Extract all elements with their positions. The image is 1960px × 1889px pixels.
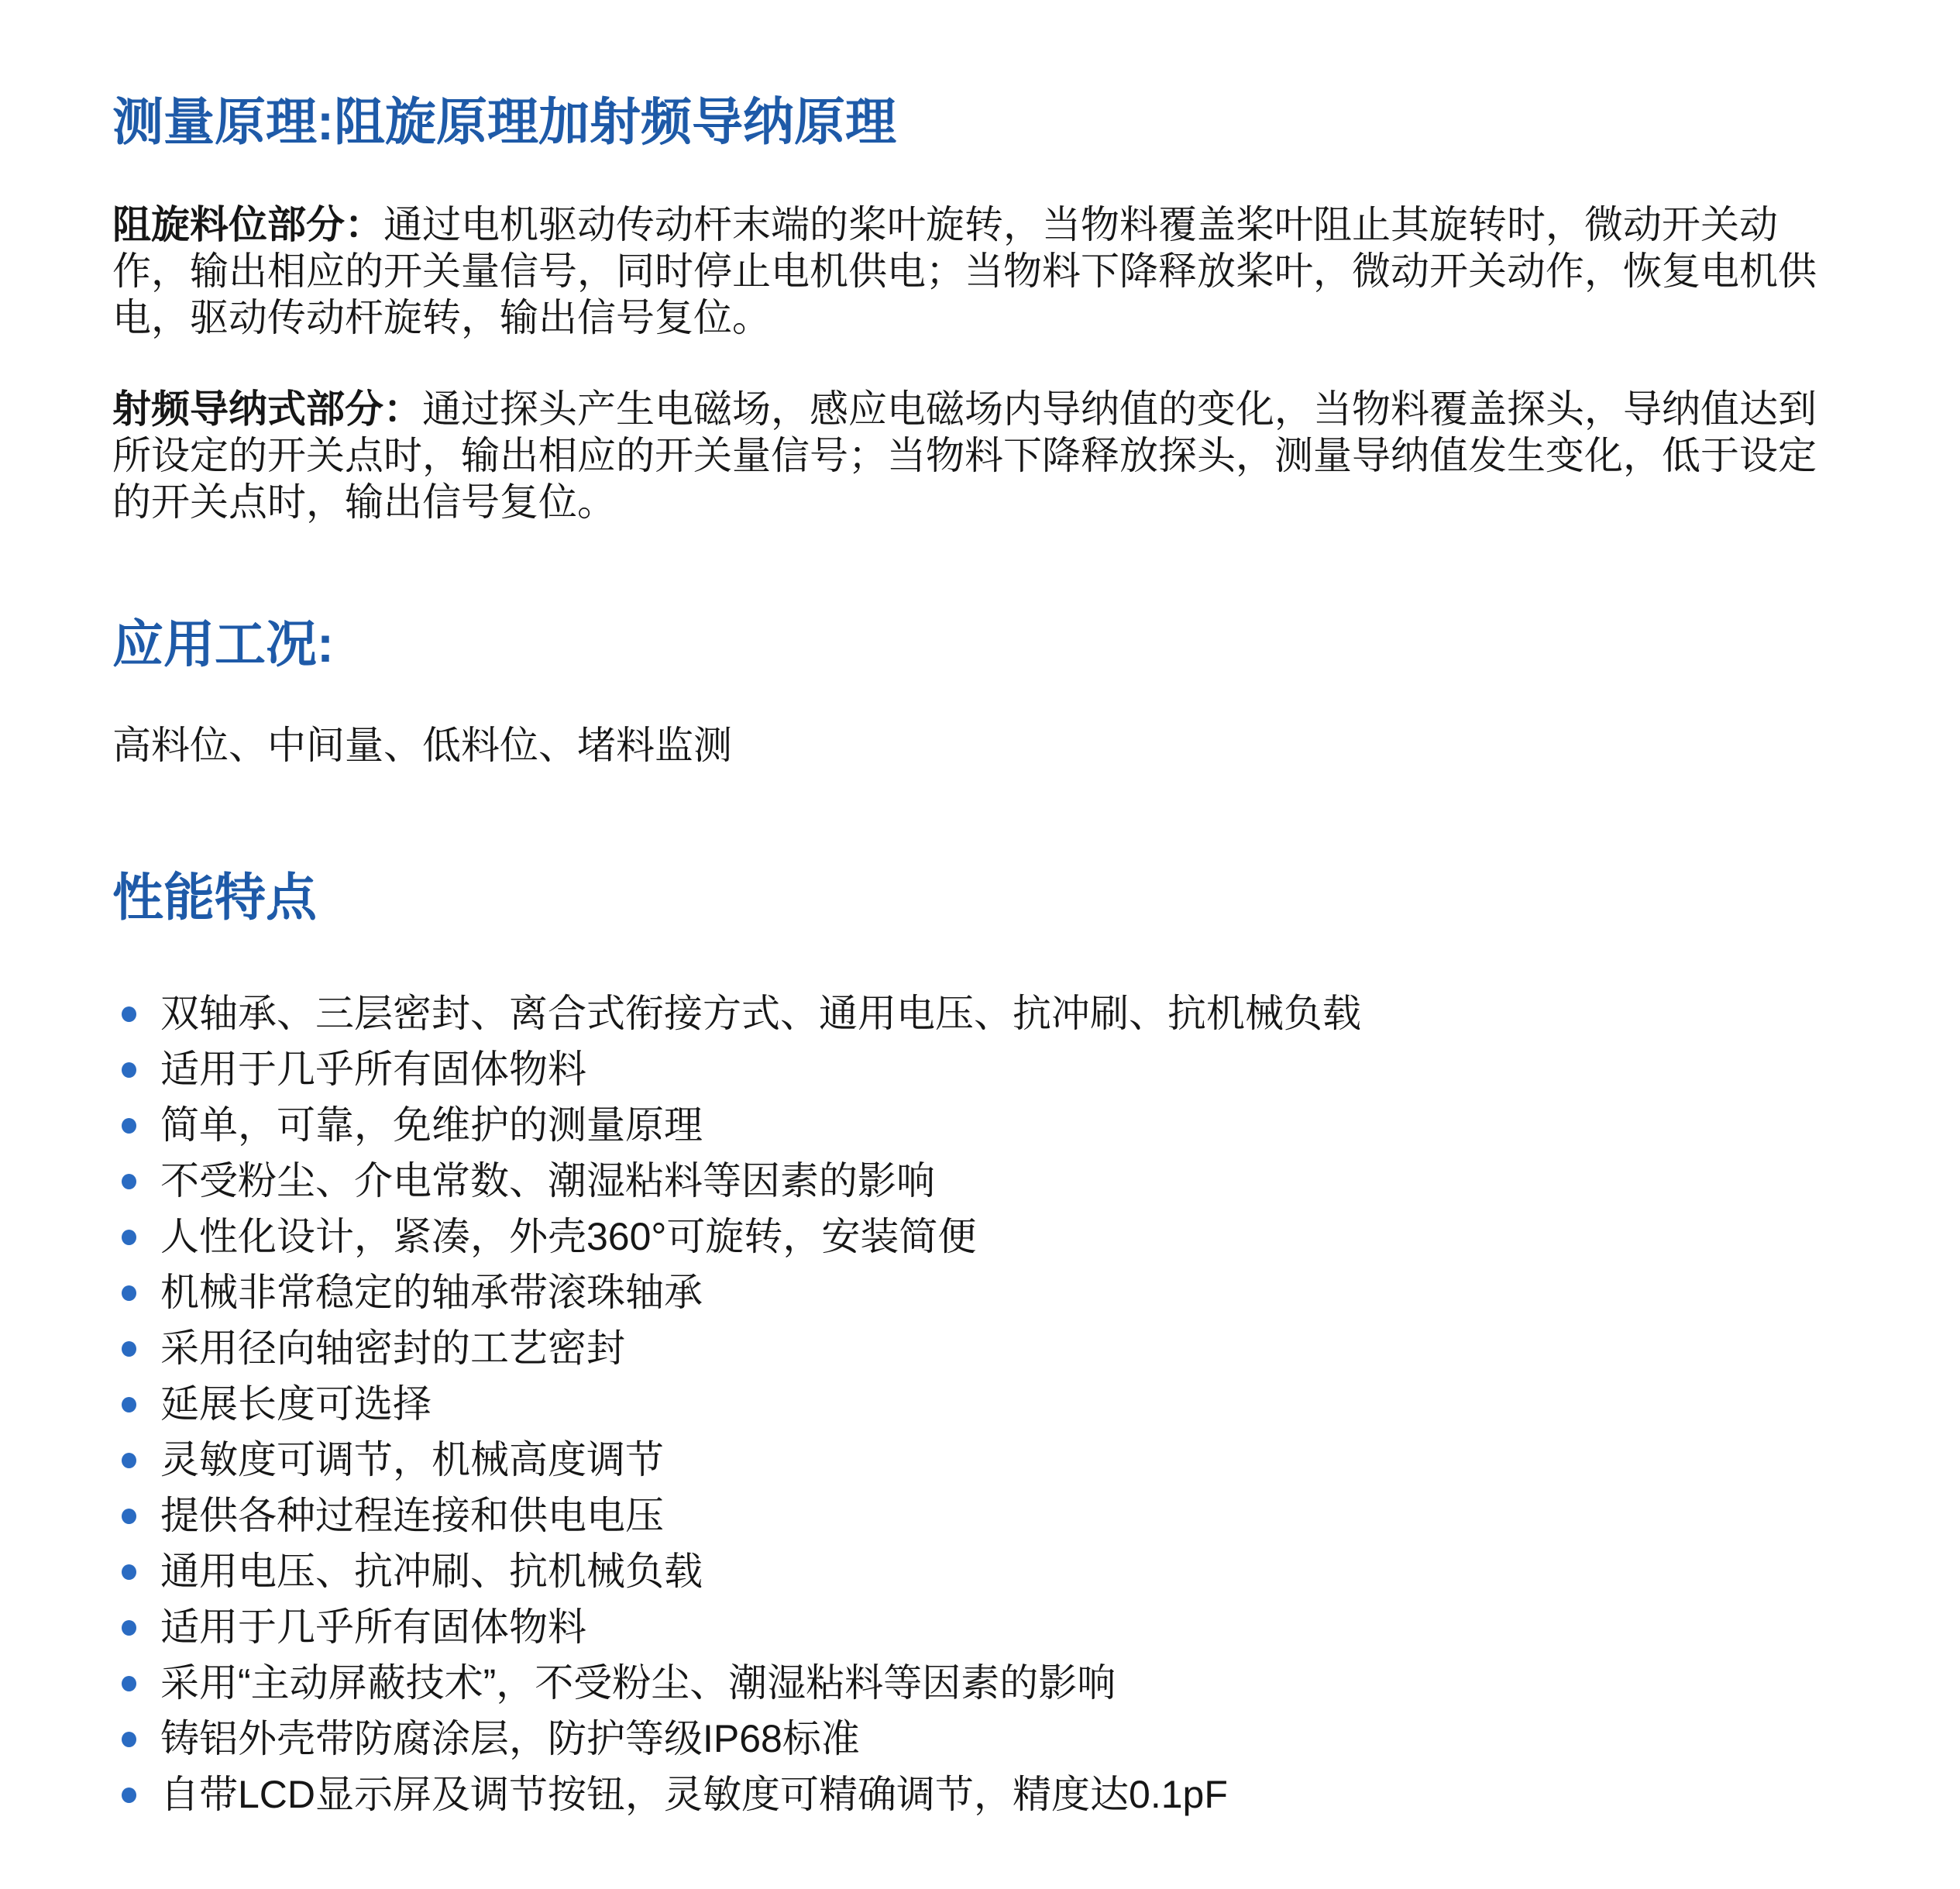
paragraph-text: 通过探头产生电磁场，感应电磁场内导纳值的变化，当物料覆盖探头，导纳值达到: [422, 387, 1817, 431]
paragraph-line: 电，驱动传动杆旋转，输出信号复位。: [112, 294, 1817, 341]
paragraph-label: 射频导纳式部分：: [112, 387, 422, 431]
feature-text: 适用于几乎所有固体物料: [160, 1605, 586, 1649]
bullet-icon: [122, 1564, 136, 1580]
feature-text: 采用“主动屏蔽技术”，不受粉尘、潮湿粘料等因素的影响: [160, 1661, 1116, 1705]
feature-text: 适用于几乎所有固体物料: [160, 1048, 586, 1091]
feature-text: 不受粉尘、介电常数、潮湿粘料等因素的影响: [160, 1159, 935, 1203]
feature-text: 双轴承、三层密封、离合式衔接方式、通用电压、抗冲刷、抗机械负载: [160, 992, 1361, 1035]
feature-item: 灵敏度可调节，机械高度调节: [112, 1432, 1361, 1488]
feature-text: 延展长度可选择: [160, 1382, 432, 1426]
paragraph-text: 通过电机驱动传动杆末端的桨叶旋转，当物料覆盖桨叶阻止其旋转时，微动开关动: [383, 203, 1778, 246]
bullet-icon: [122, 1118, 136, 1134]
bullet-icon: [122, 1341, 136, 1357]
section-heading-applications: 应用工况:: [112, 616, 334, 672]
feature-item: 采用“主动屏蔽技术”，不受粉尘、潮湿粘料等因素的影响: [112, 1655, 1361, 1711]
feature-text: 简单，可靠，免维护的测量原理: [160, 1103, 703, 1147]
feature-item: 适用于几乎所有固体物料: [112, 1041, 1361, 1097]
application-conditions-text: 高料位、中间量、低料位、堵料监测: [112, 722, 732, 769]
feature-item: 自带LCD显示屏及调节按钮，灵敏度可精确调节，精度达0.1pF: [112, 1767, 1361, 1822]
bullet-icon: [122, 1397, 136, 1412]
feature-item: 简单，可靠，免维护的测量原理: [112, 1097, 1361, 1153]
feature-item: 铸铝外壳带防腐涂层，防护等级IP68标准: [112, 1711, 1361, 1767]
section-heading-features: 性能特点: [112, 869, 317, 925]
bullet-icon: [122, 1006, 136, 1022]
feature-item: 机械非常稳定的轴承带滚珠轴承: [112, 1264, 1361, 1320]
feature-item: 通用电压、抗冲刷、抗机械负载: [112, 1543, 1361, 1599]
feature-text: 机械非常稳定的轴承带滚珠轴承: [160, 1271, 703, 1314]
feature-text: 提供各种过程连接和供电电压: [160, 1494, 664, 1537]
bullet-icon: [122, 1230, 136, 1245]
bullet-icon: [122, 1620, 136, 1636]
bullet-icon: [122, 1453, 136, 1468]
features-list: 双轴承、三层密封、离合式衔接方式、通用电压、抗冲刷、抗机械负载 适用于几乎所有固…: [112, 986, 1361, 1822]
bullet-icon: [122, 1174, 136, 1189]
paragraph-line: 作，输出相应的开关量信号，同时停止电机供电；当物料下降释放桨叶，微动开关动作，恢…: [112, 248, 1817, 294]
paragraph-label: 阻旋料位部分：: [112, 203, 383, 246]
feature-item: 人性化设计，紧凑，外壳360°可旋转，安装简便: [112, 1209, 1361, 1264]
feature-text: 采用径向轴密封的工艺密封: [160, 1326, 625, 1370]
feature-item: 采用径向轴密封的工艺密封: [112, 1320, 1361, 1376]
feature-item: 适用于几乎所有固体物料: [112, 1599, 1361, 1655]
feature-text: 通用电压、抗冲刷、抗机械负载: [160, 1550, 703, 1593]
paragraph-rotary-paddle: 阻旋料位部分：通过电机驱动传动杆末端的桨叶旋转，当物料覆盖桨叶阻止其旋转时，微动…: [112, 201, 1817, 341]
bullet-icon: [122, 1509, 136, 1524]
feature-item: 双轴承、三层密封、离合式衔接方式、通用电压、抗冲刷、抗机械负载: [112, 986, 1361, 1041]
feature-text: 灵敏度可调节，机械高度调节: [160, 1438, 664, 1481]
bullet-icon: [122, 1285, 136, 1301]
feature-item: 延展长度可选择: [112, 1376, 1361, 1432]
bullet-icon: [122, 1062, 136, 1078]
paragraph-line: 射频导纳式部分：通过探头产生电磁场，感应电磁场内导纳值的变化，当物料覆盖探头，导…: [112, 386, 1817, 432]
bullet-icon: [122, 1732, 136, 1747]
page-title: 测量原理:阻旋原理加射频导纳原理: [112, 94, 896, 150]
paragraph-line: 所设定的开关点时，输出相应的开关量信号；当物料下降释放探头，测量导纳值发生变化，…: [112, 432, 1817, 479]
feature-text: 人性化设计，紧凑，外壳360°可旋转，安装简便: [160, 1215, 976, 1258]
paragraph-line: 阻旋料位部分：通过电机驱动传动杆末端的桨叶旋转，当物料覆盖桨叶阻止其旋转时，微动…: [112, 201, 1817, 248]
feature-text: 自带LCD显示屏及调节按钮，灵敏度可精确调节，精度达0.1pF: [160, 1773, 1228, 1816]
bullet-icon: [122, 1676, 136, 1691]
feature-text: 铸铝外壳带防腐涂层，防护等级IP68标准: [160, 1717, 860, 1760]
paragraph-line: 的开关点时，输出信号复位。: [112, 479, 1817, 525]
bullet-icon: [122, 1787, 136, 1803]
feature-item: 提供各种过程连接和供电电压: [112, 1488, 1361, 1543]
paragraph-rf-admittance: 射频导纳式部分：通过探头产生电磁场，感应电磁场内导纳值的变化，当物料覆盖探头，导…: [112, 386, 1817, 525]
feature-item: 不受粉尘、介电常数、潮湿粘料等因素的影响: [112, 1153, 1361, 1209]
